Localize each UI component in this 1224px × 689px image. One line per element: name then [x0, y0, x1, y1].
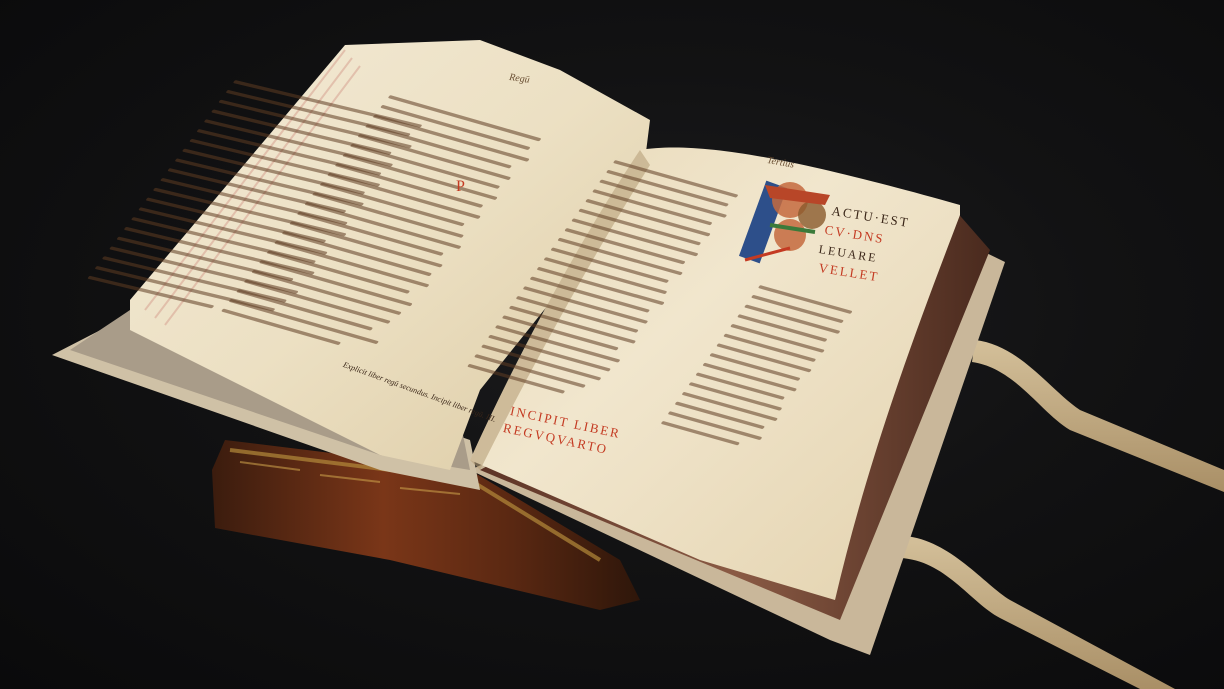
manuscript-photo: Regū Tertius Explicit liber regū secundu…	[0, 0, 1224, 689]
red-initial-p: P	[456, 178, 467, 196]
ribbon-lower	[900, 536, 1175, 689]
ribbon-upper	[972, 340, 1224, 492]
